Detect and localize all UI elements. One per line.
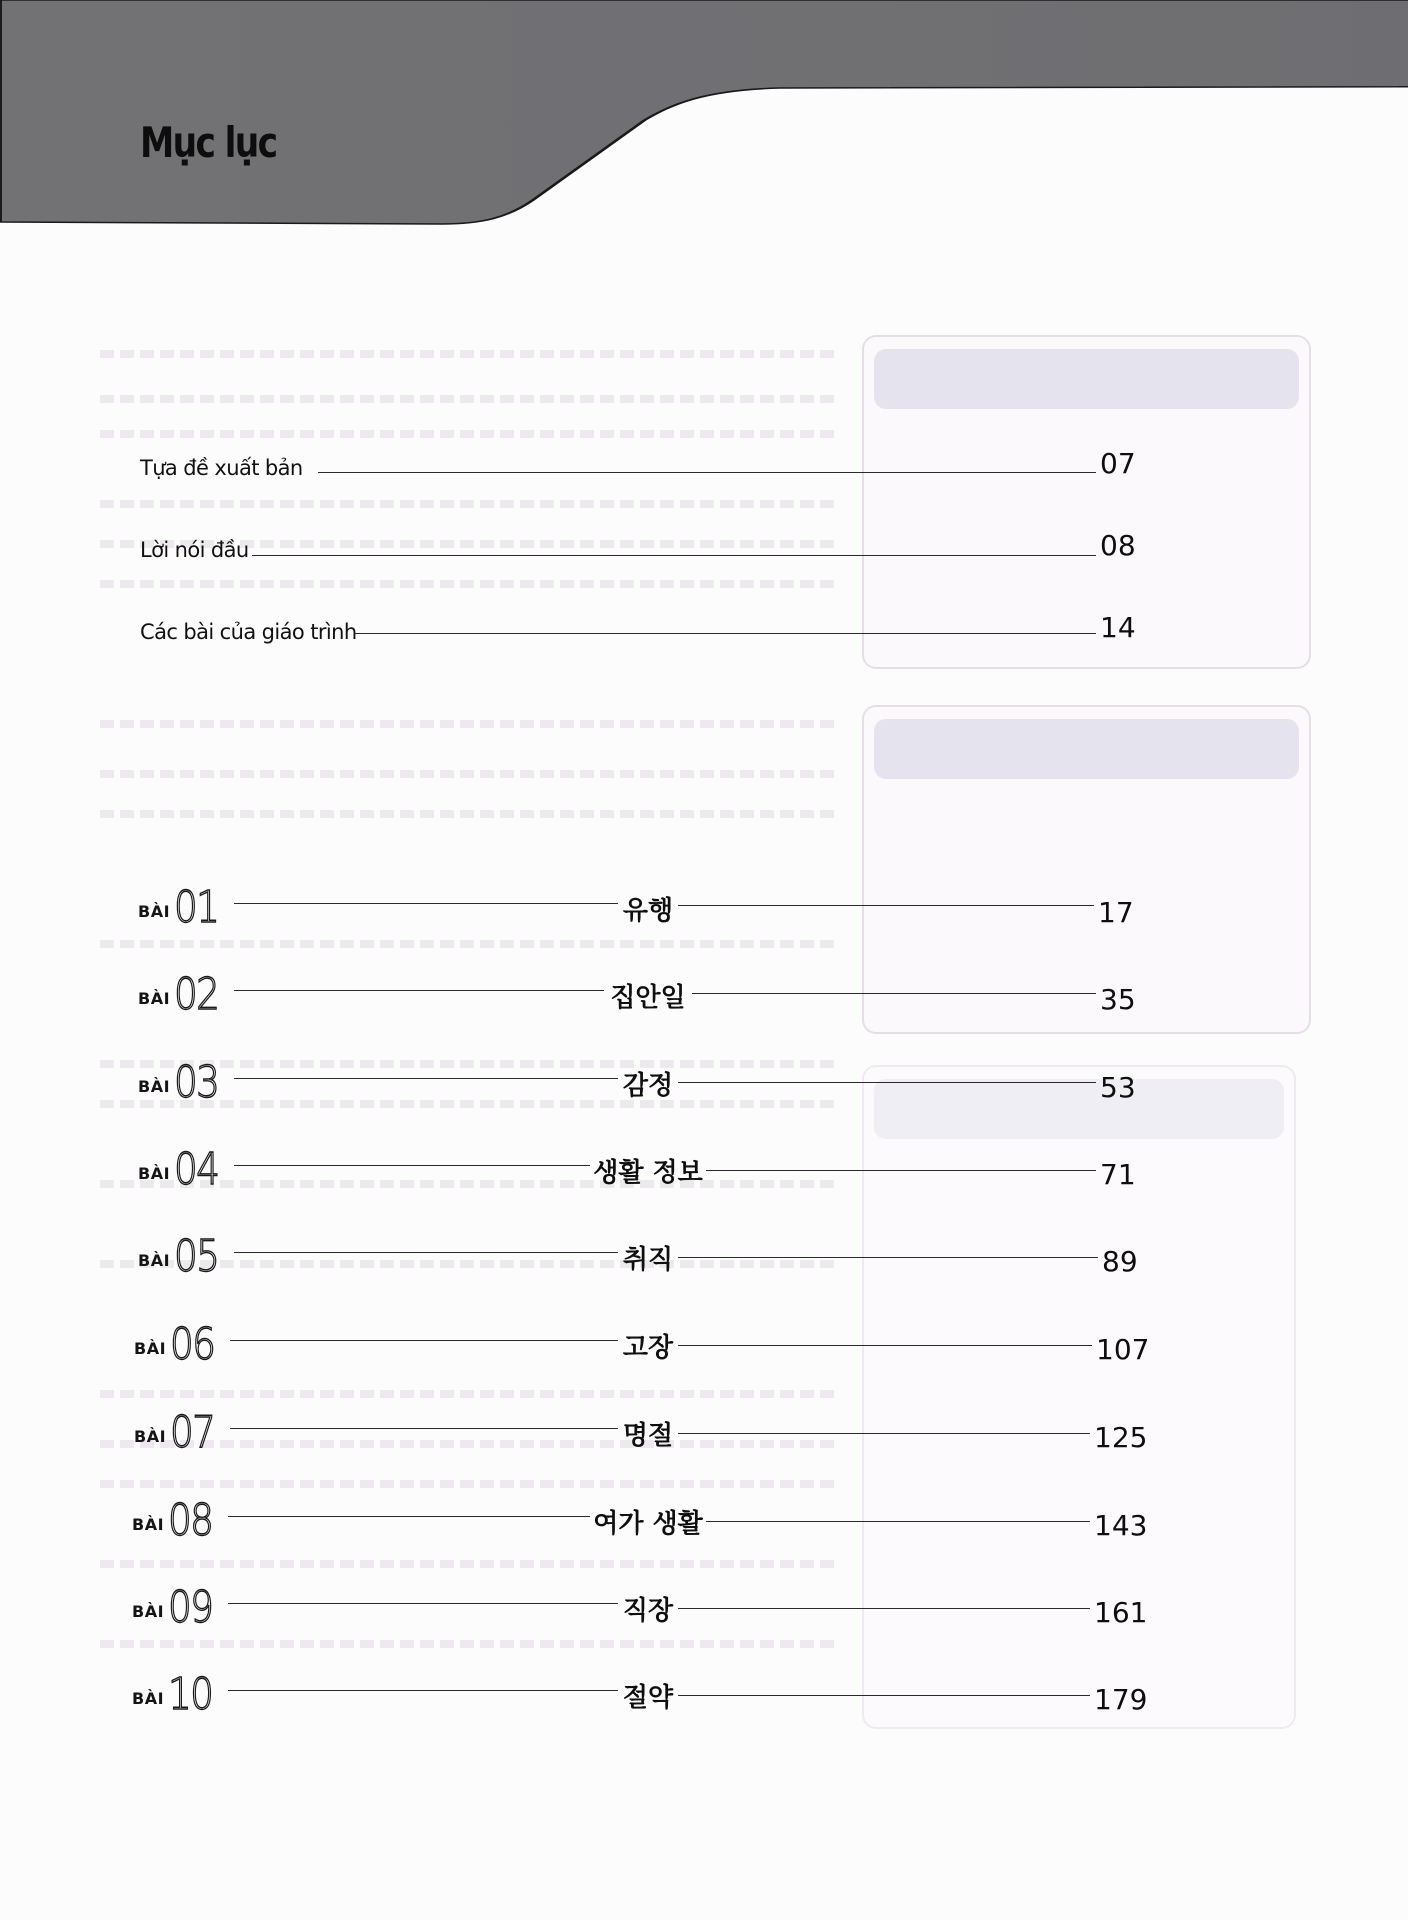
bleed-through-text [100, 940, 840, 948]
lesson-entry[interactable]: BÀI07명절125 [0, 1390, 1408, 1460]
bleed-through-text [100, 500, 840, 508]
lesson-title: 직장 [619, 1590, 677, 1627]
leader-line [678, 1082, 1096, 1083]
leader-line [234, 990, 604, 991]
leader-line [228, 1516, 590, 1517]
bleed-through-text [100, 770, 840, 778]
lesson-page: 89 [1102, 1245, 1138, 1278]
lesson-page: 143 [1094, 1509, 1147, 1542]
bleed-through-text [100, 350, 840, 358]
lesson-entry[interactable]: BÀI02집안일35 [0, 952, 1408, 1022]
bleed-through-box-header [874, 719, 1299, 779]
lesson-page: 35 [1100, 983, 1136, 1016]
lesson-page: 179 [1094, 1683, 1147, 1716]
leader-line [692, 993, 1096, 994]
lesson-title: 집안일 [606, 977, 689, 1014]
lesson-prefix: BÀI [138, 902, 170, 921]
lesson-page: 71 [1100, 1158, 1136, 1191]
leader-line [678, 1257, 1098, 1258]
leader-line [252, 555, 1096, 556]
bleed-through-text [100, 580, 840, 588]
bleed-through-text [100, 720, 840, 728]
lesson-title: 취직 [619, 1239, 677, 1276]
leader-line [234, 1165, 590, 1166]
toc-entry-page: 08 [1100, 529, 1136, 562]
lesson-page: 53 [1100, 1071, 1136, 1104]
toc-entry-page: 07 [1100, 447, 1136, 480]
lesson-prefix: BÀI [134, 1339, 166, 1358]
bleed-through-text [100, 1640, 840, 1648]
toc-entry-label: Lời nói đầu [140, 538, 249, 562]
leader-line [230, 1340, 618, 1341]
lesson-entry[interactable]: BÀI08여가 생활143 [0, 1478, 1408, 1548]
lesson-number: 04 [174, 1144, 218, 1195]
leader-line [234, 1252, 618, 1253]
bleed-through-text [100, 395, 840, 403]
lesson-prefix: BÀI [132, 1602, 164, 1621]
lesson-prefix: BÀI [138, 1164, 170, 1183]
toc-entry[interactable]: Lời nói đầu 08 [0, 512, 1408, 572]
bleed-through-text [100, 810, 840, 818]
lesson-number: 08 [168, 1495, 212, 1546]
lesson-title: 명절 [619, 1415, 677, 1452]
leader-line [706, 1521, 1090, 1522]
lesson-entry[interactable]: BÀI09직장161 [0, 1565, 1408, 1635]
lesson-entry[interactable]: BÀI01유행17 [0, 865, 1408, 935]
lesson-title: 생활 정보 [589, 1152, 707, 1189]
lesson-prefix: BÀI [132, 1515, 164, 1534]
lesson-prefix: BÀI [132, 1689, 164, 1708]
leader-line [678, 1608, 1090, 1609]
lesson-entry[interactable]: BÀI03감정53 [0, 1040, 1408, 1110]
lesson-entry[interactable]: BÀI05취직89 [0, 1214, 1408, 1284]
bleed-through-box-header [874, 349, 1299, 409]
leader-line [318, 472, 1096, 473]
lesson-number: 06 [170, 1319, 214, 1370]
leader-line [234, 1078, 618, 1079]
leader-line [228, 1690, 618, 1691]
toc-entry-label: Tựa đề xuất bản [140, 456, 303, 480]
toc-entry-page: 14 [1100, 611, 1136, 644]
lesson-number: 03 [174, 1057, 218, 1108]
leader-line [678, 1433, 1090, 1434]
lesson-title: 여가 생활 [589, 1503, 707, 1540]
leader-line [678, 905, 1094, 906]
leader-line [678, 1345, 1092, 1346]
leader-line [228, 1603, 618, 1604]
leader-line [230, 1428, 618, 1429]
lesson-number: 02 [174, 969, 218, 1020]
leader-line [234, 903, 618, 904]
lesson-title: 유행 [619, 890, 677, 927]
page-title: Mục lục [140, 118, 276, 167]
leader-line [355, 633, 1096, 634]
lesson-entry[interactable]: BÀI04생활 정보71 [0, 1127, 1408, 1197]
leader-line [706, 1170, 1096, 1171]
lesson-title: 절약 [619, 1677, 677, 1714]
lesson-prefix: BÀI [138, 1251, 170, 1270]
lesson-title: 감정 [619, 1065, 677, 1102]
lesson-number: 01 [174, 882, 218, 933]
leader-line [678, 1695, 1090, 1696]
lesson-number: 05 [174, 1231, 218, 1282]
lesson-prefix: BÀI [134, 1427, 166, 1446]
lesson-entry[interactable]: BÀI10절약179 [0, 1652, 1408, 1722]
lesson-number: 10 [168, 1669, 212, 1720]
toc-entry[interactable]: Tựa đề xuất bản 07 [0, 430, 1408, 490]
toc-entry[interactable]: Các bài của giáo trình 14 [0, 594, 1408, 654]
lesson-prefix: BÀI [138, 1077, 170, 1096]
lesson-title: 고장 [619, 1327, 677, 1364]
lesson-number: 09 [168, 1582, 212, 1633]
lesson-page: 107 [1096, 1333, 1149, 1366]
lesson-page: 161 [1094, 1596, 1147, 1629]
lesson-page: 17 [1098, 896, 1134, 929]
lesson-prefix: BÀI [138, 989, 170, 1008]
lesson-page: 125 [1094, 1421, 1147, 1454]
lesson-number: 07 [170, 1407, 214, 1458]
lesson-entry[interactable]: BÀI06고장107 [0, 1302, 1408, 1372]
toc-entry-label: Các bài của giáo trình [140, 620, 357, 644]
